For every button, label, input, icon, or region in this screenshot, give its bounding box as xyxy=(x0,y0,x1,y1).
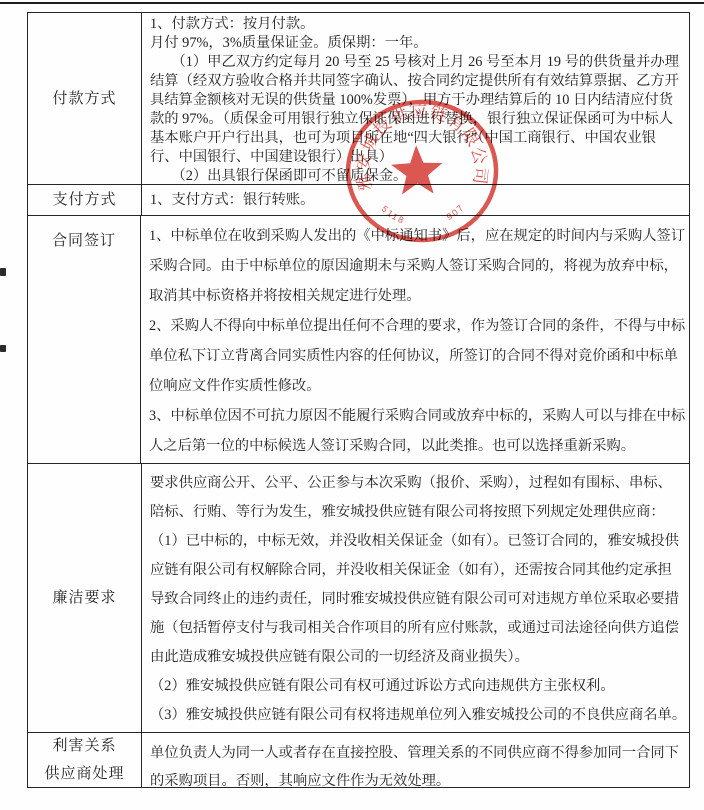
table-row: 廉洁要求 要求供应商公开、公平、公正参与本次采购（报价、采购），过程如有围标、串… xyxy=(28,463,689,732)
text-line: 3、中标单位因不可抗力原因不能履行采购合同或放弃中标的，采购人可以与排在中标 xyxy=(149,401,687,431)
table-row: 合同签订 1、中标单位在收到采购人发出的《中标通知书》后，应在规定的时间内与采购… xyxy=(28,215,689,463)
text-line: 应链有限公司有权解除合同，并没收相关保证金（如有），还需按合同其他约定承担 xyxy=(150,556,687,585)
scanned-document-page: 付款方式 1、付款方式：按月付款。月付 97%，3%质量保证金。质保期：一年。 … xyxy=(0,0,704,810)
row-header-cell: 支付方式 xyxy=(28,185,142,215)
row-header-label: 利害关系 xyxy=(52,732,116,760)
row-header-cell: 合同签订 xyxy=(28,216,141,463)
row-content-cell: 1、中标单位在收到采购人发出的《中标通知书》后，应在规定的时间内与采购人签订采购… xyxy=(141,216,689,463)
page-top-edge-line xyxy=(0,2,704,4)
text-line: （2）出具银行保函即可不留质保金。 xyxy=(150,167,687,186)
row-header-label: 供应商处理 xyxy=(44,760,124,788)
text-line: （1）已中标的，中标无效，并没收相关保证金（如有）。已签订合同的，雅安城投供 xyxy=(150,527,687,556)
row-header-cell: 付款方式 xyxy=(28,13,142,184)
text-line: 陪标、行贿、等行为发生，雅安城投供应链有限公司将按照下列规定处理供应商： xyxy=(150,498,687,527)
text-line: （2）雅安城投供应链有限公司有权可通过诉讼方式向违规供方主张权利。 xyxy=(150,672,687,701)
text-line: 款的 97%。（质保金可用银行独立保证保函进行替换，银行独立保证保函可为中标人 xyxy=(150,110,687,129)
text-line: 采购合同。由于中标单位的原因逾期未与采购人签订采购合同的，将视为放弃中标， xyxy=(149,251,687,281)
scan-artifact-speck xyxy=(0,268,6,276)
text-line: 2、采购人不得向中标单位提出任何不合理的要求，作为签订合同的条件，不得与中标 xyxy=(149,311,687,341)
row-header-label: 付款方式 xyxy=(52,85,116,113)
text-line: 由此造成雅安城投供应链有限公司的一切经济及商业损失）。 xyxy=(150,643,687,672)
contract-terms-table: 付款方式 1、付款方式：按月付款。月付 97%，3%质量保证金。质保期：一年。 … xyxy=(27,12,690,788)
row-content-cell: 单位负责人为同一人或者存在直接控股、管理关系的不同供应商不得参加同一合同下的采购… xyxy=(142,733,689,787)
text-line: 取消其中标资格并将按相关规定进行处理。 xyxy=(149,281,687,311)
row-header-label: 廉洁要求 xyxy=(52,584,116,612)
text-line: 1、中标单位在收到采购人发出的《中标通知书》后，应在规定的时间内与采购人签订 xyxy=(149,221,687,251)
text-line: 1、支付方式：银行转账。 xyxy=(150,190,687,210)
row-header-label: 合同签订 xyxy=(52,227,116,255)
text-line: 位响应文件作实质性修改。 xyxy=(149,371,687,401)
row-header-label: 支付方式 xyxy=(52,186,116,214)
row-header-cell: 利害关系供应商处理 xyxy=(28,733,142,787)
row-content-cell: 要求供应商公开、公平、公正参与本次采购（报价、采购），过程如有围标、串标、陪标、… xyxy=(142,464,689,732)
text-line: 结算（经双方验收合格并共同签字确认、按合同约定提供所有有效结算票据、乙方开 xyxy=(150,72,687,91)
text-line: 基本账户开户行出具，也可为项目所在地“四大银行”（中国工商银行、中国农业银 xyxy=(150,129,687,148)
row-content-cell: 1、付款方式：按月付款。月付 97%，3%质量保证金。质保期：一年。 （1）甲乙… xyxy=(142,13,689,184)
text-line: 单位私下订立背离合同实质性内容的任何协议，所签订的合同不得对竞价函和中标单 xyxy=(149,341,687,371)
text-line: 导致合同终止的违约责任，同时雅安城投供应链有限公司可对违规方单位采取必要措 xyxy=(150,585,687,614)
text-line: （1）甲乙双方约定每月 20 号至 25 号核对上月 26 号至本月 19 号的… xyxy=(150,53,687,72)
row-content-cell: 1、支付方式：银行转账。 xyxy=(142,185,689,215)
text-line: 人之后第一位的中标候选人签订采购合同，以此类推。也可以选择重新采购。 xyxy=(149,431,687,461)
text-line: 单位负责人为同一人或者存在直接控股、管理关系的不同供应商不得参加同一合同下 xyxy=(150,739,687,767)
text-line: 的采购项目。否则，其响应文件作为无效处理。 xyxy=(150,767,687,795)
text-line: 施（包括暂停支付与我司相关合作项目的所有应付账款，或通过司法途径向供方追偿 xyxy=(150,614,687,643)
scan-artifact-speck xyxy=(0,345,6,352)
text-line: 月付 97%，3%质量保证金。质保期：一年。 xyxy=(150,34,687,53)
text-line: 1、付款方式：按月付款。 xyxy=(150,15,687,34)
table-row: 支付方式 1、支付方式：银行转账。 xyxy=(28,184,689,215)
table-row: 付款方式 1、付款方式：按月付款。月付 97%，3%质量保证金。质保期：一年。 … xyxy=(28,13,689,184)
text-line: 具结算金额核对无误的供货量 100%发票），甲方于办理结算后的 10 日内结清应… xyxy=(150,91,687,110)
row-header-cell: 廉洁要求 xyxy=(28,464,142,732)
text-line: （3）雅安城投供应链有限公司有权将违规单位列入雅安城投公司的不良供应商名单。 xyxy=(150,701,687,730)
text-line: 要求供应商公开、公平、公正参与本次采购（报价、采购），过程如有围标、串标、 xyxy=(150,469,687,498)
table-row: 利害关系供应商处理 单位负责人为同一人或者存在直接控股、管理关系的不同供应商不得… xyxy=(28,732,689,787)
text-line: 行、中国银行、中国建设银行）出具） xyxy=(150,148,687,167)
